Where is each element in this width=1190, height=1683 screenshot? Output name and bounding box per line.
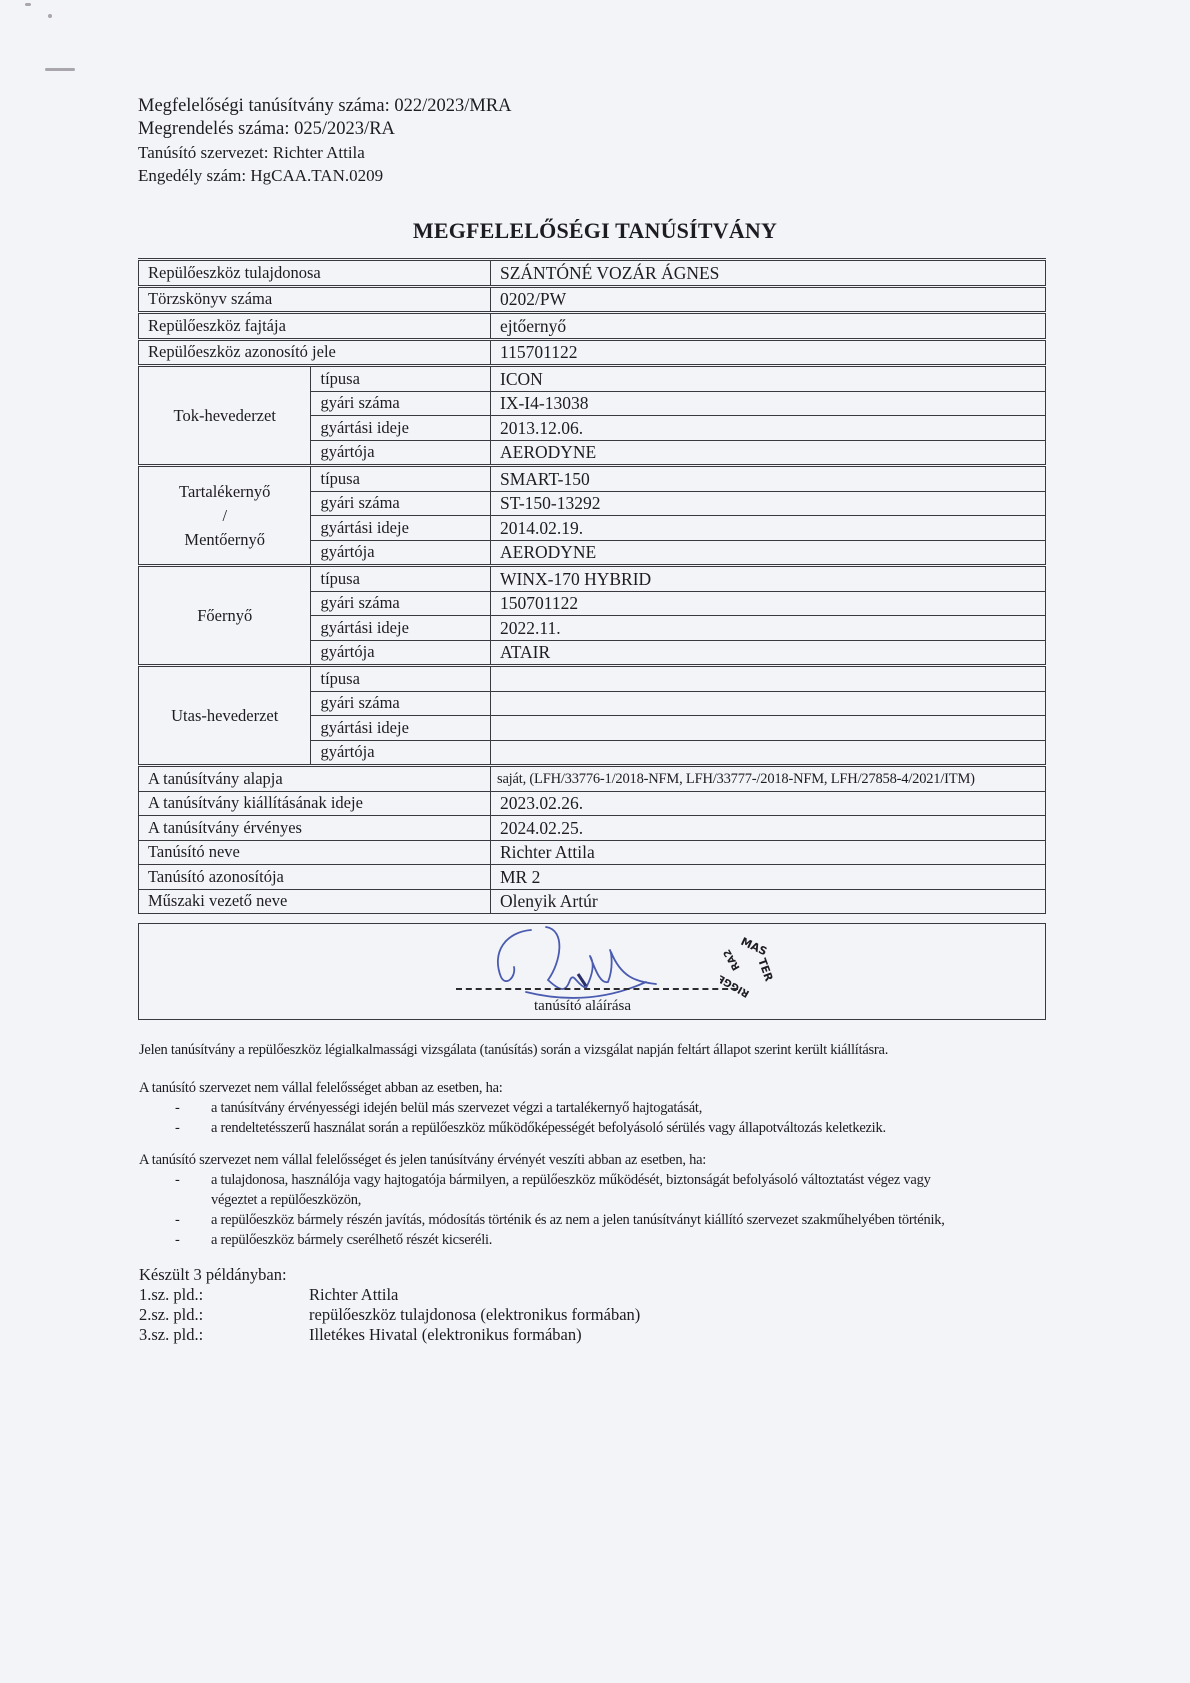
field-value: AERODYNE [491, 440, 1046, 466]
row-label: Műszaki vezető neve [139, 889, 491, 914]
certificate-table: Repülőeszköz tulajdonosaSZÁNTÓNÉ VOZÁR Á… [138, 258, 1046, 914]
group-label-line: / [148, 504, 301, 528]
row-label: Repülőeszköz tulajdonosa [139, 260, 491, 287]
row-label: A tanúsítvány alapja [139, 766, 491, 792]
copies-section: Készült 3 példányban: 1.sz. pld.:Richter… [139, 1265, 640, 1345]
field-label: típusa [311, 566, 491, 592]
field-value: 2014.02.19. [491, 516, 1046, 541]
field-label: gyártója [311, 740, 491, 766]
license-number: HgCAA.TAN.0209 [250, 166, 383, 185]
document-header: Megfelelőségi tanúsítvány száma: 022/202… [138, 95, 512, 187]
row-value: Richter Attila [491, 840, 1046, 865]
field-label: gyártási ideje [311, 416, 491, 441]
certifying-org: Richter Attila [273, 143, 365, 162]
table-row: A tanúsítvány alapjasaját, (LFH/33776-1/… [139, 766, 1046, 792]
row-value: SZÁNTÓNÉ VOZÁR ÁGNES [491, 260, 1046, 287]
certificate-number-label: Megfelelőségi tanúsítvány száma: [138, 96, 390, 116]
field-value: ICON [491, 366, 1046, 392]
field-value: 150701122 [491, 591, 1046, 616]
field-value: 2022.11. [491, 616, 1046, 641]
order-number: 025/2023/RA [294, 119, 395, 139]
table-row: Műszaki vezető neveOlenyik Artúr [139, 889, 1046, 914]
list-item: -a tanúsítvány érvényességi idején belül… [139, 1098, 886, 1118]
svg-text:RA2: RA2 [722, 947, 743, 972]
field-label: típusa [311, 366, 491, 392]
svg-text:MAS: MAS [739, 935, 769, 958]
field-label: gyári száma [311, 691, 491, 716]
no-liability-heading: A tanúsító szervezet nem vállal felelőss… [139, 1078, 886, 1098]
row-value: 2024.02.25. [491, 816, 1046, 841]
field-value [491, 716, 1046, 741]
field-value [491, 740, 1046, 766]
field-value: ST-150-13292 [491, 491, 1046, 516]
row-label: Törzskönyv száma [139, 286, 491, 313]
signature-label: tanúsító aláírása [534, 998, 631, 1015]
row-label: Repülőeszköz fajtája [139, 313, 491, 340]
void-section: A tanúsító szervezet nem vállal felelőss… [139, 1150, 945, 1250]
row-value: saját, (LFH/33776-1/2018-NFM, LFH/33777-… [491, 766, 1046, 792]
list-item: -a tulajdonosa, használója vagy hajtogat… [139, 1170, 945, 1190]
field-value: IX-I4-13038 [491, 391, 1046, 416]
component-group-label: Utas-hevederzet [139, 666, 311, 766]
scan-speck [45, 68, 75, 71]
field-label: gyártási ideje [311, 616, 491, 641]
field-value [491, 691, 1046, 716]
certificate-number: 022/2023/MRA [394, 96, 511, 116]
list-item-continuation: végeztet a repülőeszközön, [139, 1190, 945, 1210]
table-row: Tok-hevederzettípusaICON [139, 366, 1046, 392]
field-value: SMART-150 [491, 466, 1046, 492]
row-label: A tanúsítvány kiállításának ideje [139, 791, 491, 816]
certifying-org-label: Tanúsító szervezet: [138, 143, 269, 162]
row-value: 2023.02.26. [491, 791, 1046, 816]
svg-text:TER: TER [755, 957, 775, 984]
row-value: 0202/PW [491, 286, 1046, 313]
group-label-line: Mentőernyő [148, 528, 301, 552]
row-label: Tanúsító azonosítója [139, 865, 491, 890]
field-value: ATAIR [491, 640, 1046, 666]
field-label: gyártója [311, 640, 491, 666]
list-item: -a repülőeszköz bármely cserélhető részé… [139, 1230, 945, 1250]
field-label: gyártója [311, 440, 491, 466]
field-label: gyári száma [311, 491, 491, 516]
field-label: gyártási ideje [311, 716, 491, 741]
copy-row: 2.sz. pld.:repülőeszköz tulajdonosa (ele… [139, 1305, 640, 1325]
table-row: Tanúsító azonosítójaMR 2 [139, 865, 1046, 890]
table-row: Repülőeszköz azonosító jele115701122 [139, 339, 1046, 366]
row-label: Repülőeszköz azonosító jele [139, 339, 491, 366]
list-item: -a rendeltetésszerű használat során a re… [139, 1118, 886, 1138]
list-item: -a repülőeszköz bármely részén javítás, … [139, 1210, 945, 1230]
field-value: WINX-170 HYBRID [491, 566, 1046, 592]
table-row: A tanúsítvány érvényes2024.02.25. [139, 816, 1046, 841]
table-row: Tanúsító neveRichter Attila [139, 840, 1046, 865]
component-group-label: Főernyő [139, 566, 311, 666]
license-label: Engedély szám: [138, 166, 246, 185]
field-label: gyári száma [311, 391, 491, 416]
row-value: Olenyik Artúr [491, 889, 1046, 914]
table-row: Utas-hevederzettípusa [139, 666, 1046, 692]
copy-row: 3.sz. pld.:Illetékes Hivatal (elektronik… [139, 1325, 640, 1345]
copy-row: 1.sz. pld.:Richter Attila [139, 1285, 640, 1305]
svg-text:RIGGER: RIGGER [720, 968, 752, 999]
field-label: gyártója [311, 540, 491, 566]
field-label: gyári száma [311, 591, 491, 616]
component-group-label: Tok-hevederzet [139, 366, 311, 466]
table-row: Repülőeszköz fajtájaejtőernyő [139, 313, 1046, 340]
void-heading: A tanúsító szervezet nem vállal felelőss… [139, 1150, 945, 1170]
order-number-label: Megrendelés száma: [138, 119, 290, 139]
group-label-line: Tartalékernyő [148, 480, 301, 504]
scan-speck [48, 14, 52, 18]
field-value: AERODYNE [491, 540, 1046, 566]
table-row: Tartalékernyő/MentőernyőtípusaSMART-150 [139, 466, 1046, 492]
page-title: MEGFELELŐSÉGI TANÚSÍTVÁNY [0, 218, 1190, 244]
field-label: típusa [311, 466, 491, 492]
signature-line [456, 988, 738, 990]
row-label: A tanúsítvány érvényes [139, 816, 491, 841]
row-value: ejtőernyő [491, 313, 1046, 340]
field-label: típusa [311, 666, 491, 692]
component-group-label: Tartalékernyő/Mentőernyő [139, 466, 311, 566]
scan-speck [25, 3, 31, 6]
intro-statement: Jelen tanúsítvány a repülőeszköz légialk… [139, 1040, 888, 1060]
field-label: gyártási ideje [311, 516, 491, 541]
table-row: FőernyőtípusaWINX-170 HYBRID [139, 566, 1046, 592]
table-row: Törzskönyv száma0202/PW [139, 286, 1046, 313]
table-row: A tanúsítvány kiállításának ideje2023.02… [139, 791, 1046, 816]
field-value: 2013.12.06. [491, 416, 1046, 441]
row-label: Tanúsító neve [139, 840, 491, 865]
row-value: MR 2 [491, 865, 1046, 890]
field-value [491, 666, 1046, 692]
signature-icon [486, 922, 736, 1002]
row-value: 115701122 [491, 339, 1046, 366]
table-row: Repülőeszköz tulajdonosaSZÁNTÓNÉ VOZÁR Á… [139, 260, 1046, 287]
copies-heading: Készült 3 példányban: [139, 1265, 640, 1285]
no-liability-section: A tanúsító szervezet nem vállal felelőss… [139, 1078, 886, 1138]
